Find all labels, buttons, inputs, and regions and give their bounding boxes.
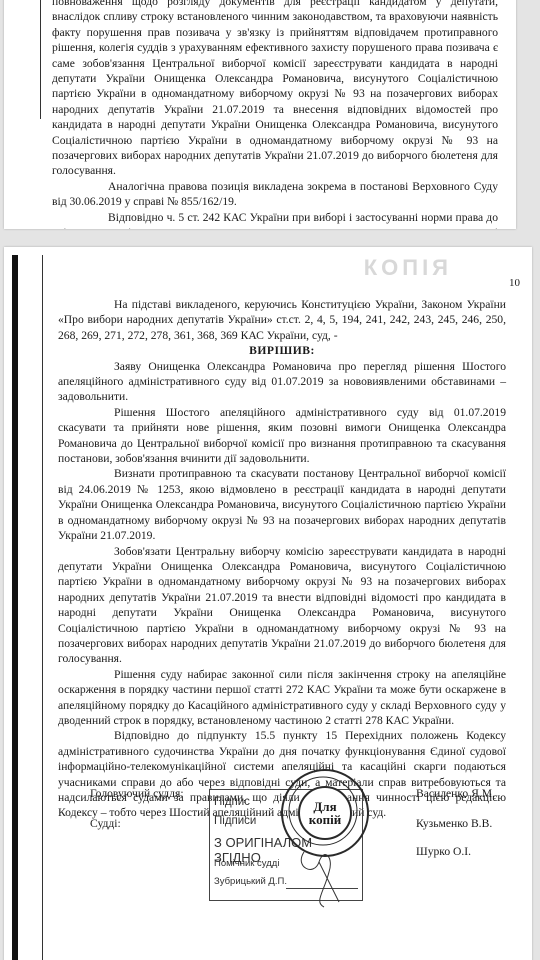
paragraph: Рішення Шостого апеляційного адміністрат… <box>58 405 506 467</box>
paragraph: Заяву Онищенка Олександра Романовича про… <box>58 359 506 405</box>
stamp-line: Підписи <box>214 815 256 827</box>
page2-body: На підставі викладеного, керуючись Конст… <box>58 297 506 821</box>
scan-edge-bar <box>12 255 18 960</box>
handwritten-signature-icon <box>294 842 354 912</box>
seal-text: копій <box>309 813 341 826</box>
paragraph: Відповідно ч. 5 ст. 242 КАС України при … <box>52 210 498 229</box>
document-page-10: КОПІЯ 10 На підставі викладеного, керуюч… <box>4 247 532 960</box>
paragraph: Визнати протиправною та скасувати постан… <box>58 466 506 543</box>
judge-name: Шурко О.І. <box>416 845 471 858</box>
margin-line <box>40 0 41 119</box>
margin-line <box>42 255 43 960</box>
paragraph: Зобов'язати Центральну виборчу комісію з… <box>58 544 506 667</box>
intro-paragraph: На підставі викладеного, керуючись Конст… <box>58 297 506 343</box>
paragraph: Аналогічна правова позиція викладена зок… <box>52 179 498 210</box>
presiding-judge-name: Василенко Я.М. <box>416 787 495 800</box>
page-number: 10 <box>509 277 520 289</box>
document-page-previous: повноваження щодо розгляду документів дл… <box>4 0 516 229</box>
stamp-line: Зубрицький Д.П. <box>214 876 287 887</box>
presiding-judge-label: Головуючий суддя: <box>90 787 184 800</box>
faint-copy-stamp: КОПІЯ <box>364 255 452 281</box>
stamp-line: Підпис <box>214 796 250 808</box>
paragraph: Рішення суду набирає законної сили після… <box>58 667 506 729</box>
stamp-line: Помічник судді <box>214 858 279 869</box>
ruling-heading: ВИРІШИВ: <box>58 343 506 358</box>
judges-label: Судді: <box>90 817 121 830</box>
paragraph: повноваження щодо розгляду документів дл… <box>52 0 498 179</box>
seal-center: Для копій <box>298 786 352 840</box>
page1-body: повноваження щодо розгляду документів дл… <box>52 0 498 229</box>
judge-name: Кузьменко В.В. <box>416 817 492 830</box>
